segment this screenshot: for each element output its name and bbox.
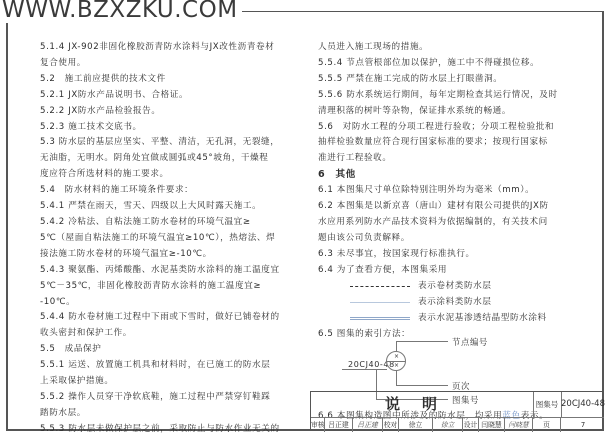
text-line: 5.4.2 冷粘法、自粘法施工防水卷材的环境气温宜≥ xyxy=(40,215,308,231)
text-line: 收头密封和保护工作。 xyxy=(40,326,308,342)
title-block-row-2: 审核 吕正建 吕正建 校对 徐立 徐立 设计 闫晓慧 闫晓慧 页 7 xyxy=(311,418,604,432)
text-line: 5.3 防水层的基层应坚实、平整、清洁，无孔洞，无裂缝， xyxy=(40,135,308,151)
text-line: 6.1 本图集尺寸单位除特别注明外均为毫米（mm）。 xyxy=(318,183,594,199)
atlas-number: 20CJ40-48 xyxy=(561,392,605,417)
legend-rolled-membrane: 表示卷材类防水层 xyxy=(318,279,594,295)
text-line: 5.1.4 JX-902非固化橡胶沥青防水涂料与JX改性沥青卷材 xyxy=(40,40,308,56)
text-line: 6.3 未尽事宜，按国家现行标准执行。 xyxy=(318,247,594,263)
section-heading: 5.4 防水材料的施工环境条件要求： xyxy=(40,183,308,199)
text-line: 5.5.3 防水层未做保护层之前，采取防止与防水作业无关的 xyxy=(40,422,308,435)
reviewer-signature: 吕正建 xyxy=(353,418,383,432)
text-line: 人员进入施工现场的措施。 xyxy=(318,40,594,56)
designer-name: 闫晓慧 xyxy=(479,418,505,432)
text-line: 6.4 为了查看方便，本图集采用 xyxy=(318,263,594,279)
section-6-heading: 6 其他 xyxy=(318,167,594,183)
text-line: 5.2.3 施工技术交底书。 xyxy=(40,120,308,136)
text-line: 5.4.3 聚氨酯、丙烯酸酯、水泥基类防水涂料的施工温度宜 xyxy=(40,263,308,279)
title-block-row-1: 说明 图集号 20CJ40-48 xyxy=(311,392,604,418)
text-line: 5.4.4 防水卷材施工过程中下雨或下雪时，做好已铺卷材的 xyxy=(40,310,308,326)
left-column: 5.1.4 JX-902非固化橡胶沥青防水涂料与JX改性沥青卷材 复合使用。 5… xyxy=(40,40,308,435)
text-line: 5.5.4 节点管根部位加以保护，施工中不得碰损位移。 xyxy=(318,56,594,72)
text-line: 水应用系列防水产品技术资料为依据编制的，有关技术问 xyxy=(318,215,594,231)
leader-line xyxy=(396,385,448,386)
text-line: 5.5.5 严禁在施工完成的防水层上打眼凿洞。 xyxy=(318,72,594,88)
review-label: 审核 xyxy=(311,418,325,432)
design-label: 设计 xyxy=(463,418,479,432)
text-line: 踏防水层。 xyxy=(40,406,308,422)
leader-line xyxy=(396,341,448,342)
legend-cement-crystalline: 表示水泥基渗透结晶型防水涂料 xyxy=(318,311,594,327)
legend-coating: 表示涂料类防水层 xyxy=(318,295,594,311)
text-line: 5.5.2 操作人员穿干净软底鞋，施工过程中严禁穿钉鞋踩 xyxy=(40,390,308,406)
reviewer-name: 吕正建 xyxy=(325,418,353,432)
page-number: 7 xyxy=(561,418,605,432)
checker-name: 徐立 xyxy=(399,418,433,432)
atlas-number-label: 图集号 xyxy=(533,392,562,417)
title-block: 说明 图集号 20CJ40-48 审核 吕正建 吕正建 校对 徐立 徐立 设计 … xyxy=(310,391,604,431)
text-line: 5.2.2 JX防水产品检验报告。 xyxy=(40,104,308,120)
text-line: 无油脂，无明水。阴角处宜做成圆弧或45°坡角，干燥程 xyxy=(40,151,308,167)
designer-signature: 闫晓慧 xyxy=(505,418,533,432)
text-line: 5.5.1 运送、放置施工机具和材料时，在已施工的防水层 xyxy=(40,358,308,374)
section-heading: 5.2 施工前应提供的技术文件 xyxy=(40,72,308,88)
label-node-number: 节点编号 xyxy=(452,335,488,351)
right-column: 人员进入施工现场的措施。 5.5.4 节点管根部位加以保护，施工中不得碰损位移。… xyxy=(318,40,594,424)
text-line: 抽样检验数量应符合现行国家标准的要求；按现行国家标 xyxy=(318,135,594,151)
text-line: 接法施工防水卷材的环境气温宜≥-10℃。 xyxy=(40,247,308,263)
leader-line xyxy=(342,369,387,370)
dashed-line-icon xyxy=(350,286,410,287)
text-line: 5.4.1 严禁在雨天，雪天、四级以上大风时露天施工。 xyxy=(40,199,308,215)
legend-label: 表示水泥基渗透结晶型防水涂料 xyxy=(418,311,547,327)
text-line: 5.5.6 防水系统运行期间，每年定期检查其运行情况，及时 xyxy=(318,88,594,104)
page-mark: × xyxy=(394,363,400,369)
leader-line xyxy=(396,341,397,351)
checker-signature: 徐立 xyxy=(433,418,463,432)
text-line: 度应符合所选材料的施工要求。 xyxy=(40,167,308,183)
text-line: -10℃。 xyxy=(40,295,308,311)
text-line: 题由该公司负责解释。 xyxy=(318,231,594,247)
double-line-icon xyxy=(350,317,410,321)
text-line: 准进行工程验收。 xyxy=(318,151,594,167)
text-line: 5℃－35℃，非固化橡胶沥青防水涂料的施工温度宜≥ xyxy=(40,279,308,295)
check-label: 校对 xyxy=(383,418,399,432)
text-line: 5.6 对防水工程的分项工程进行验收；分项工程检验批和 xyxy=(318,120,594,136)
legend-label: 表示卷材类防水层 xyxy=(418,279,492,295)
legend-label: 表示涂料类防水层 xyxy=(418,295,492,311)
text-line: 上采取保护措施。 xyxy=(40,374,308,390)
text-line: 5.2.1 JX防水产品说明书、合格证。 xyxy=(40,88,308,104)
sheet-title: 说明 xyxy=(311,392,534,417)
watermark: WWW.BZXZKU.COM xyxy=(2,0,242,23)
leader-line xyxy=(396,371,397,385)
section-heading: 5.5 成品保护 xyxy=(40,342,308,358)
text-line: 6.2 本图集是以新京喜（唐山）建材有限公司提供的JX防 xyxy=(318,199,594,215)
text-line: 复合使用。 xyxy=(40,56,308,72)
text-line: 5℃（屋面自粘法施工的环境气温宜≥10℃），热熔法、焊 xyxy=(40,231,308,247)
text-line: 清理积落的树叶等杂物，保证排水系统的畅通。 xyxy=(318,104,594,120)
node-mark: × xyxy=(394,354,400,360)
page-label: 页 xyxy=(533,418,561,432)
index-circle-icon: × × xyxy=(386,351,406,371)
thin-line-icon xyxy=(350,302,410,303)
